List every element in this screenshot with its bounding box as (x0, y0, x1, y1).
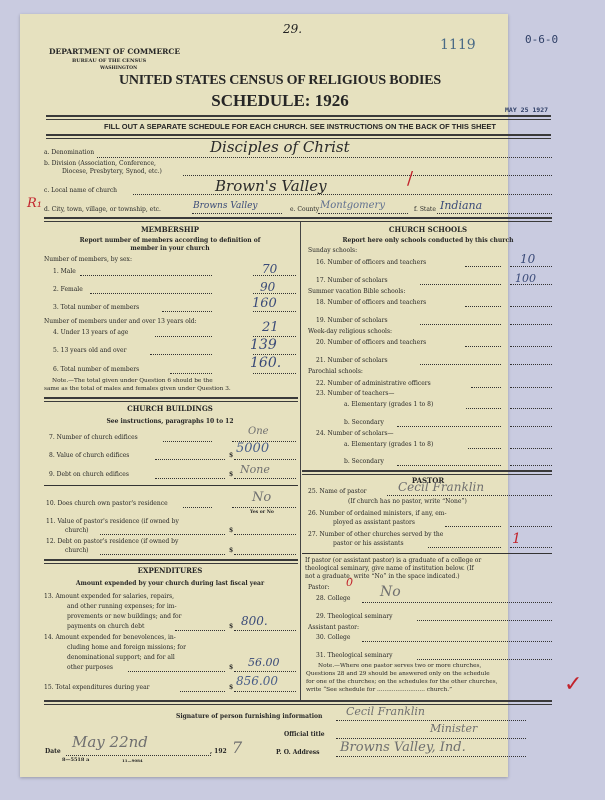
pastor-note-line2: Questions 28 and 29 should be answered o… (306, 671, 490, 677)
dollar-sign: $ (229, 527, 233, 534)
q13-label-3: provements or new buildings; and for (67, 613, 182, 620)
q23-label: 23. Number of teachers— (316, 390, 394, 397)
division-label-line2: Diocese, Presbytery, Synod, etc.) (62, 168, 162, 175)
q4-label: 4. Under 13 years of age (53, 329, 128, 336)
red-check-mark: / (407, 168, 413, 189)
dollar-sign: $ (229, 664, 233, 671)
q10-label: 10. Does church own pastor's residence (46, 500, 168, 507)
code-stamp: 0-6-0 (525, 33, 558, 46)
q12-label-2: church) (65, 547, 89, 554)
local-name-value[interactable]: Brown's Valley (215, 177, 327, 195)
pastor-note-line1: Note.—Where one pastor serves two or mor… (318, 663, 481, 669)
membership-note: Note.—The total given under Question 6 s… (52, 378, 213, 384)
schools-intro: Report here only schools conducted by th… (304, 237, 552, 244)
q11-label-2: church) (65, 527, 89, 534)
dollar-sign: $ (229, 452, 233, 459)
signature-value[interactable]: Cecil Franklin (346, 705, 425, 718)
po-address-label: P. O. Address (276, 749, 320, 756)
assistant-pastor-subheading: Assistant pastor: (308, 624, 359, 631)
q9-label: 9. Debt on church edifices (49, 471, 129, 478)
city-label: WASHINGTON (100, 66, 137, 71)
q19-label: 19. Number of scholars (316, 317, 388, 324)
q22-label: 22. Number of administrative officers (316, 380, 431, 387)
city-value[interactable]: Browns Valley (193, 201, 258, 211)
q23b-label: b. Secondary (344, 419, 384, 426)
red-check-mark-large: ✓ (564, 672, 582, 697)
q16-label: 16. Number of officers and teachers (316, 259, 426, 266)
membership-note-2: same as the total of males and females g… (44, 386, 231, 392)
q17-label: 17. Number of scholars (316, 277, 388, 284)
q10-residence-value[interactable]: No (252, 490, 271, 505)
form-title: UNITED STATES CENSUS OF RELIGIOUS BODIES (40, 73, 520, 89)
header-top-rule (46, 115, 551, 120)
membership-heading: MEMBERSHIP (44, 225, 296, 234)
received-date-stamp: MAY 25 1927 (505, 106, 548, 114)
denomination-label: a. Denomination (44, 149, 94, 156)
q25-pastor-name-value[interactable]: Cecil Franklin (398, 480, 484, 494)
year-digit[interactable]: 7 (232, 738, 242, 757)
membership-intro-2: member in your church (44, 245, 296, 252)
state-value[interactable]: Indiana (440, 199, 482, 212)
membership-intro: Report number of members according to de… (44, 237, 296, 244)
q9-debt-value[interactable]: None (240, 463, 270, 476)
fill-instruction: FILL OUT A SEPARATE SCHEDULE FOR EACH CH… (40, 122, 560, 131)
q20-label: 20. Number of officers and teachers (316, 339, 426, 346)
pastor-red-mark: 0 (346, 576, 353, 589)
q5-label: 5. 13 years old and over (53, 347, 126, 354)
q29-label: 29. Theological seminary (316, 613, 392, 620)
q28-label: 28. College (316, 595, 350, 602)
pastor-note-line4: write “See schedule for ................… (306, 687, 452, 693)
q15-total-value[interactable]: 856.00 (236, 674, 278, 688)
q24a-label: a. Elementary (grades 1 to 8) (344, 441, 433, 448)
form-subtitle: SCHEDULE: 1926 (40, 91, 520, 111)
bureau-label: BUREAU OF THE CENSUS (72, 58, 146, 64)
q21-label: 21. Number of scholars (316, 357, 388, 364)
q27-label: 27. Number of other churches served by t… (308, 531, 443, 538)
q24-label: 24. Number of scholars— (316, 430, 394, 437)
q12-label: 12. Debt on pastor's residence (if owned… (46, 538, 178, 545)
po-address-value[interactable]: Browns Valley, Ind. (340, 740, 466, 755)
city-label: d. City, town, village, or township, etc… (44, 206, 161, 213)
q8-label: 8. Value of church edifices (49, 452, 129, 459)
graduate-note-line3: not a graduate, write “No” in the space … (305, 573, 460, 580)
q4-under13-value[interactable]: 21 (262, 320, 279, 335)
q1-male-value[interactable]: 70 (262, 262, 277, 276)
q23a-label: a. Elementary (grades 1 to 8) (344, 401, 433, 408)
denomination-value[interactable]: Disciples of Christ (210, 138, 350, 156)
q14-label-2: cluding home and foreign missions; for (67, 644, 186, 651)
expenditures-intro: Amount expended by your church during la… (44, 580, 296, 587)
q27-value[interactable]: 1 (512, 531, 521, 547)
local-name-label: c. Local name of church (44, 187, 117, 194)
q13-label-2: and other running expenses; for im- (67, 603, 176, 610)
q3-label: 3. Total number of members (53, 304, 139, 311)
q31-label: 31. Theological seminary (316, 652, 392, 659)
official-title-label: Official title (284, 731, 325, 738)
schools-heading: CHURCH SCHOOLS (304, 225, 552, 234)
by-age-label: Number of members under and over 13 year… (44, 318, 197, 325)
q2-label: 2. Female (53, 286, 83, 293)
q26-label-2: ployed as assistant pastors (333, 519, 415, 526)
parochial-schools-label: Parochial schools: (308, 368, 363, 375)
pastor-note-line3: for one of the churches; on the schedule… (306, 679, 497, 685)
weekday-schools-label: Week-day religious schools: (308, 328, 392, 335)
q16-value[interactable]: 10 (520, 252, 535, 266)
identity-rule (44, 217, 552, 222)
county-label: e. County (290, 206, 319, 213)
q13-label: 13. Amount expended for salaries, repair… (44, 593, 174, 600)
department-label: DEPARTMENT OF COMMERCE (49, 47, 180, 56)
buildings-heading: CHURCH BUILDINGS (44, 404, 296, 413)
summer-schools-label: Summer vacation Bible schools: (308, 288, 405, 295)
q17-value[interactable]: 100 (515, 272, 536, 285)
q28-college-value[interactable]: No (380, 584, 401, 600)
q6-total-value[interactable]: 160. (250, 355, 281, 371)
q18-label: 18. Number of officers and teachers (316, 299, 426, 306)
q25-label: 25. Name of pastor (308, 488, 367, 495)
q26-label: 26. Number of ordained ministers, if any… (308, 510, 447, 517)
official-title-value[interactable]: Minister (430, 722, 477, 735)
q30-label: 30. College (316, 634, 350, 641)
q7-edifices-value[interactable]: One (248, 426, 269, 437)
q1-label: 1. Male (53, 268, 76, 275)
q14-label-3: denominational support; and for all (67, 654, 175, 661)
q5-over13-value[interactable]: 139 (250, 337, 277, 353)
q2-female-value[interactable]: 90 (260, 280, 275, 294)
yes-no-hint: Yes or No (250, 510, 274, 515)
q8-value-edifices[interactable]: 5000 (236, 441, 269, 456)
q14-value[interactable]: 56.00 (248, 656, 280, 669)
dollar-sign: $ (229, 547, 233, 554)
county-value[interactable]: Montgomery (320, 200, 385, 211)
expenditures-heading: EXPENDITURES (44, 566, 296, 575)
q7-label: 7. Number of church edifices (49, 434, 138, 441)
page-number: 29. (283, 22, 302, 36)
year-prefix: , 192 (210, 748, 227, 755)
serial-stamp: 1119 (440, 37, 476, 53)
date-label: Date (45, 748, 61, 755)
q11-label: 11. Value of pastor's residence (if owne… (46, 518, 179, 525)
form-code: 8—5518 a (62, 757, 89, 763)
by-sex-label: Number of members, by sex: (44, 256, 132, 263)
dollar-sign: $ (229, 623, 233, 630)
q6-label: 6. Total number of members (53, 366, 139, 373)
q27-label-2: pastor or his assistants (333, 540, 404, 547)
q13-label-4: payments on church debt (67, 623, 144, 630)
dollar-sign: $ (229, 471, 233, 478)
graduate-note-line1: If pastor (or assistant pastor) is a gra… (305, 557, 481, 564)
q13-value[interactable]: 800. (241, 614, 268, 628)
q14-label: 14. Amount expended for benevolences, in… (44, 634, 176, 641)
q14-label-4: other purposes (67, 664, 113, 671)
buildings-intro: See instructions, paragraphs 10 to 12 (44, 418, 296, 425)
q25-hint: (If church has no pastor, write “None”) (348, 498, 467, 505)
division-label-line1: b. Division (Association, Conference, (44, 160, 156, 167)
q3-total-value[interactable]: 160 (252, 296, 277, 311)
dollar-sign: $ (229, 684, 233, 691)
date-value[interactable]: May 22nd (72, 733, 148, 751)
sunday-schools-label: Sunday schools: (308, 247, 357, 254)
q15-label: 15. Total expenditures during year (44, 684, 150, 691)
margin-mark: R₁ (27, 196, 42, 211)
signature-label: Signature of person furnishing informati… (176, 713, 322, 720)
graduate-note-line2: theological seminary, give name of insti… (305, 565, 474, 572)
q24b-label: b. Secondary (344, 458, 384, 465)
print-code: 11—9084 (122, 758, 143, 763)
pastor-subheading: Pastor: (308, 584, 329, 591)
column-divider (300, 222, 301, 700)
state-label: f. State (414, 206, 436, 213)
